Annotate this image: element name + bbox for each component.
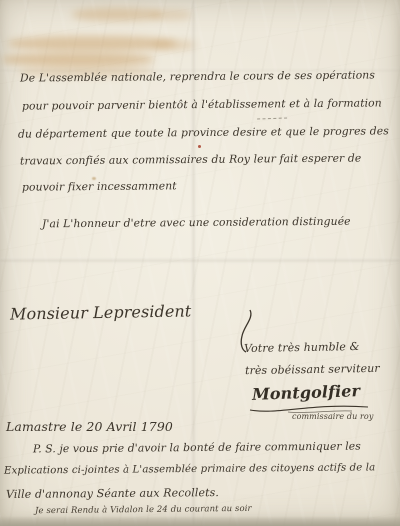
bleed-through-mark bbox=[72, 8, 162, 21]
pencil-marks bbox=[257, 111, 287, 119]
ink-speck bbox=[198, 145, 201, 148]
bleed-through-mark bbox=[2, 53, 154, 66]
postscript-line: Ville d'annonay Séante aux Recollets. bbox=[6, 486, 219, 501]
dateline: Lamastre le 20 Avril 1790 bbox=[6, 419, 173, 434]
bleed-through-mark bbox=[150, 10, 192, 20]
body-line: pouvoir fixer incessamment bbox=[22, 179, 177, 193]
valediction-line: Votre très humble & bbox=[244, 340, 360, 355]
page-bottom-edge bbox=[0, 516, 400, 526]
horizontal-fold-crease bbox=[0, 258, 400, 263]
signer-title: commissaire du roy bbox=[292, 412, 373, 421]
salutation: Monsieur Lepresident bbox=[10, 301, 192, 323]
closing-line: J'ai L'honneur d'etre avec une considera… bbox=[42, 215, 351, 231]
valediction-line: très obéissant serviteur bbox=[245, 362, 380, 377]
bleed-through-mark bbox=[152, 40, 196, 50]
letter-page: De L'assemblée nationale, reprendra le c… bbox=[0, 0, 400, 526]
bleed-through-mark bbox=[8, 36, 176, 51]
paper-stain bbox=[92, 177, 96, 180]
